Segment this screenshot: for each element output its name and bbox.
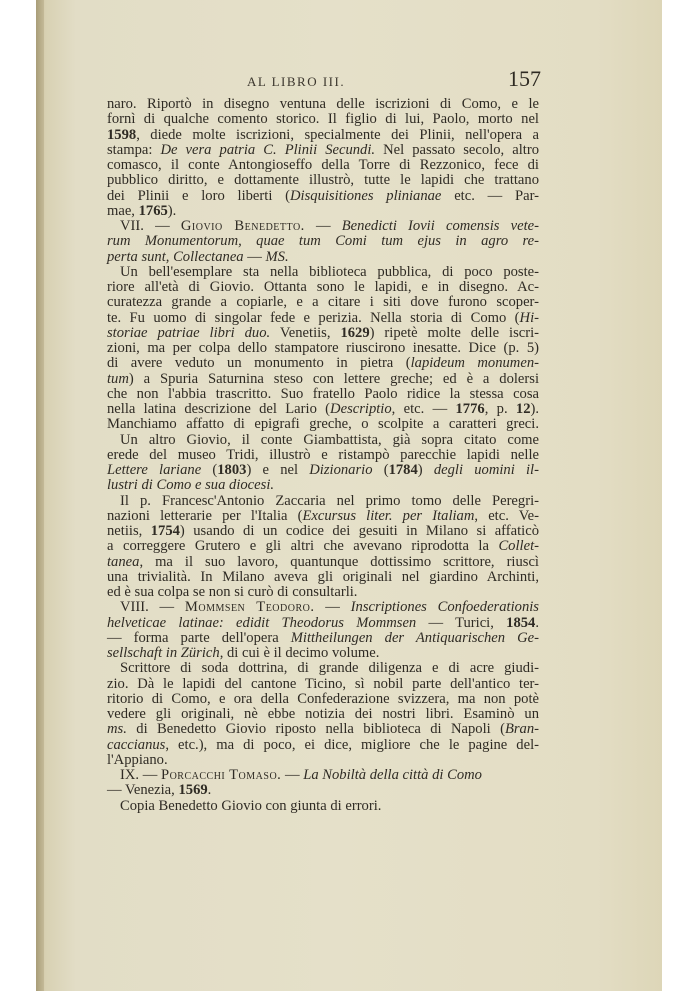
running-head: AL LIBRO III.: [247, 74, 345, 90]
text-run: ritorio di Como, e ora della Confederazi…: [107, 691, 539, 707]
italic-text: sellschaft in Zürich: [107, 645, 220, 661]
italic-text: lapideum monumen-: [411, 355, 539, 371]
text-run: , ma il suo lavoro, quantunque dottissim…: [139, 554, 539, 570]
bold-number: 1629: [340, 325, 369, 341]
text-run: —: [305, 218, 342, 234]
body-text: naro. Riportò in disegno ventuna delle i…: [107, 97, 539, 814]
text-run: .: [208, 782, 212, 798]
text-run: —: [315, 599, 351, 615]
text-run: ): [418, 462, 434, 478]
text-line: tanea, ma il suo lavoro, quantunque dott…: [107, 555, 539, 570]
text-run: ).: [530, 401, 539, 417]
italic-text: Excursus liter. per Italiam: [303, 508, 475, 524]
italic-text: De vera patria C. Plinii Secundi.: [160, 142, 375, 158]
text-run: — forma parte dell'opera: [107, 630, 291, 646]
bold-number: 1776: [456, 401, 485, 417]
text-run: etc. — Par-: [441, 188, 539, 204]
page-number: 157: [508, 66, 541, 92]
italic-text: Descriptio: [330, 401, 392, 417]
text-line: l'Appiano.: [107, 753, 539, 768]
text-run: stampa:: [107, 142, 160, 158]
text-line: a correggere Grutero e gli altri che ave…: [107, 539, 539, 554]
bold-number: 1784: [389, 462, 418, 478]
author-name: Giovio Benedetto.: [181, 218, 305, 234]
text-line: erede del museo Tridi, illustrò e ristam…: [107, 448, 539, 463]
text-run: ) ripetè molte delle iscri-: [370, 325, 539, 341]
bold-number: 1754: [151, 523, 180, 539]
text-line: riore all'età di Giovio. Ottanta sono le…: [107, 280, 539, 295]
text-run: , p.: [485, 401, 516, 417]
text-run: —: [281, 767, 303, 783]
text-line: — Venezia, 1569.: [107, 783, 539, 798]
text-run: vedere gli originali, nè ebbe notizia de…: [107, 706, 539, 722]
italic-text: Benedicti Iovii comensis vete-: [342, 218, 539, 234]
text-run: che non l'abbia trascritto. Suo fratello…: [107, 386, 539, 402]
text-run: ) a Spuria Saturnina steso con lettere g…: [129, 371, 539, 387]
text-run: comasco, il conte Antongioseffo della To…: [107, 157, 539, 173]
italic-text: Collet-: [498, 538, 539, 554]
text-run: dei Plinii e loro liberti (: [107, 188, 290, 204]
text-line: te. Fu uomo di singolar fede e perizia. …: [107, 311, 539, 326]
text-run: pubblico diritto, e dottamente illustrò,…: [107, 172, 539, 188]
text-line: helveticae latinae: edidit Theodorus Mom…: [107, 616, 539, 631]
text-run: mae,: [107, 203, 139, 219]
text-run: di avere veduto un monumento in pietra (: [107, 355, 411, 371]
text-line: sellschaft in Zürich, di cui è il decimo…: [107, 646, 539, 661]
text-run: , etc. —: [392, 401, 456, 417]
text-line: Un bell'esemplare sta nella biblioteca p…: [107, 265, 539, 280]
text-line: rum Monumentorum, quae tum Comi tum ejus…: [107, 234, 539, 249]
text-run: IX. —: [120, 767, 161, 783]
text-run: Copia Benedetto Giovio con giunta di err…: [120, 798, 381, 814]
text-line: — forma parte dell'opera Mittheilungen d…: [107, 631, 539, 646]
page-spine-edge: [36, 0, 44, 991]
text-line: una trivialità. In Milano aveva gli orig…: [107, 570, 539, 585]
italic-text: La Nobiltà della città di Como: [303, 767, 482, 783]
text-run: zio. Dà le lapidi del cantone Ticino, sì…: [107, 676, 539, 692]
text-run: a correggere Grutero e gli altri che ave…: [107, 538, 498, 554]
text-run: netiis,: [107, 523, 151, 539]
text-run: Venetiis,: [270, 325, 340, 341]
text-line: nella latina descrizione del Lario (Desc…: [107, 402, 539, 417]
italic-text: Disquisitiones plinianae: [290, 188, 441, 204]
text-run: , etc. Ve-: [474, 508, 539, 524]
text-run: VII. —: [120, 218, 181, 234]
text-line: Un altro Giovio, il conte Giambattista, …: [107, 433, 539, 448]
text-run: di Benedetto Giovio riposto nella biblio…: [127, 721, 505, 737]
text-line: ms. di Benedetto Giovio riposto nella bi…: [107, 722, 539, 737]
italic-text: Hi-: [520, 310, 539, 326]
text-line: IX. — Porcacchi Tomaso. — La Nobiltà del…: [107, 768, 539, 783]
italic-text: helveticae latinae: edidit Theodorus Mom…: [107, 615, 416, 631]
text-run: nazioni letterarie per l'Italia (: [107, 508, 303, 524]
italic-text: Mittheilungen der Antiquarischen Ge-: [291, 630, 539, 646]
text-run: , di cui è il decimo volume.: [220, 645, 380, 661]
text-run: Un altro Giovio, il conte Giambattista, …: [120, 432, 539, 448]
text-run: l'Appiano.: [107, 752, 168, 768]
text-line: ritorio di Como, e ora della Confederazi…: [107, 692, 539, 707]
bold-number: 12: [516, 401, 531, 417]
text-run: fornì di qualche comento storico. Il fig…: [107, 111, 539, 127]
italic-text: caccianus: [107, 737, 165, 753]
text-line: Lettere lariane (1803) e nel Dizionario …: [107, 463, 539, 478]
text-run: zioni, ma per colpa dello stampatore riu…: [107, 340, 539, 356]
text-run: Nel passato secolo, altro: [375, 142, 539, 158]
text-line: Manchiamo affatto di epigrafi greche, o …: [107, 417, 539, 432]
text-line: curatezza grande a copiarle, e a citare …: [107, 295, 539, 310]
italic-text: Inscriptiones Confoederationis: [351, 599, 539, 615]
text-run: riore all'età di Giovio. Ottanta sono le…: [107, 279, 539, 295]
text-run: Manchiamo affatto di epigrafi greche, o …: [107, 416, 539, 432]
text-run: —: [244, 249, 266, 265]
text-line: naro. Riportò in disegno ventuna delle i…: [107, 97, 539, 112]
text-run: , etc.), ma di poco, ei dice, migliore c…: [165, 737, 539, 753]
italic-text: MS.: [266, 249, 289, 265]
text-run: , diede molte iscrizioni, specialmente d…: [136, 127, 539, 143]
italic-text: ms.: [107, 721, 127, 737]
text-line: vedere gli originali, nè ebbe notizia de…: [107, 707, 539, 722]
text-run: ed è sua colpa se non si curò di consult…: [107, 584, 357, 600]
text-run: ) e nel: [246, 462, 309, 478]
text-run: te. Fu uomo di singolar fede e perizia. …: [107, 310, 520, 326]
text-line: netiis, 1754) usando di un codice dei ge…: [107, 524, 539, 539]
text-run: ).: [168, 203, 177, 219]
italic-text: tanea: [107, 554, 139, 570]
italic-text: degli uomini il-: [434, 462, 539, 478]
text-line: stampa: De vera patria C. Plinii Secundi…: [107, 143, 539, 158]
text-run: .: [535, 615, 539, 631]
text-run: una trivialità. In Milano aveva gli orig…: [107, 569, 539, 585]
text-line: comasco, il conte Antongioseffo della To…: [107, 158, 539, 173]
text-run: nella latina descrizione del Lario (: [107, 401, 330, 417]
text-run: Scrittore di soda dottrina, di grande di…: [120, 660, 539, 676]
text-run: curatezza grande a copiarle, e a citare …: [107, 294, 539, 310]
text-run: (: [373, 462, 389, 478]
text-line: tum) a Spuria Saturnina steso con letter…: [107, 372, 539, 387]
text-run: Un bell'esemplare sta nella biblioteca p…: [120, 264, 539, 280]
text-line: storiae patriae libri duo. Venetiis, 162…: [107, 326, 539, 341]
author-name: Porcacchi Tomaso.: [161, 767, 281, 783]
page-header: AL LIBRO III. 157: [107, 68, 541, 94]
text-line: zio. Dà le lapidi del cantone Ticino, sì…: [107, 677, 539, 692]
text-line: Copia Benedetto Giovio con giunta di err…: [107, 799, 539, 814]
italic-text: Lettere lariane: [107, 462, 201, 478]
text-line: che non l'abbia trascritto. Suo fratello…: [107, 387, 539, 402]
text-line: Il p. Francesc'Antonio Zaccaria nel prim…: [107, 494, 539, 509]
text-run: Il p. Francesc'Antonio Zaccaria nel prim…: [120, 493, 539, 509]
italic-text: Dizionario: [309, 462, 372, 478]
bold-number: 1765: [139, 203, 168, 219]
text-line: Scrittore di soda dottrina, di grande di…: [107, 661, 539, 676]
text-run: — Turici,: [416, 615, 506, 631]
text-line: 1598, diede molte iscrizioni, specialmen…: [107, 128, 539, 143]
text-line: mae, 1765).: [107, 204, 539, 219]
italic-text: lustri di Como e sua diocesi.: [107, 477, 274, 493]
text-line: fornì di qualche comento storico. Il fig…: [107, 112, 539, 127]
text-line: perta sunt, Collectanea — MS.: [107, 250, 539, 265]
text-line: VII. — Giovio Benedetto. — Benedicti Iov…: [107, 219, 539, 234]
bold-number: 1598: [107, 127, 136, 143]
text-run: ) usando di un codice dei gesuiti in Mil…: [180, 523, 539, 539]
bold-number: 1569: [178, 782, 207, 798]
text-line: nazioni letterarie per l'Italia (Excursu…: [107, 509, 539, 524]
text-run: — Venezia,: [107, 782, 178, 798]
text-line: dei Plinii e loro liberti (Disquisitione…: [107, 189, 539, 204]
text-run: (: [201, 462, 217, 478]
text-line: zioni, ma per colpa dello stampatore riu…: [107, 341, 539, 356]
text-line: lustri di Como e sua diocesi.: [107, 478, 539, 493]
italic-text: Bran-: [505, 721, 539, 737]
italic-text: rum Monumentorum, quae tum Comi tum ejus…: [107, 233, 539, 249]
text-run: naro. Riportò in disegno ventuna delle i…: [107, 96, 539, 112]
text-run: VIII. —: [120, 599, 185, 615]
italic-text: perta sunt, Collectanea: [107, 249, 244, 265]
author-name: Mommsen Teodoro.: [185, 599, 315, 615]
bold-number: 1854: [506, 615, 535, 631]
text-run: erede del museo Tridi, illustrò e ristam…: [107, 447, 539, 463]
text-line: pubblico diritto, e dottamente illustrò,…: [107, 173, 539, 188]
text-line: VIII. — Mommsen Teodoro. — Inscriptiones…: [107, 600, 539, 615]
italic-text: tum: [107, 371, 129, 387]
text-line: ed è sua colpa se non si curò di consult…: [107, 585, 539, 600]
text-line: caccianus, etc.), ma di poco, ei dice, m…: [107, 738, 539, 753]
bold-number: 1803: [217, 462, 246, 478]
text-line: di avere veduto un monumento in pietra (…: [107, 356, 539, 371]
italic-text: storiae patriae libri duo.: [107, 325, 270, 341]
